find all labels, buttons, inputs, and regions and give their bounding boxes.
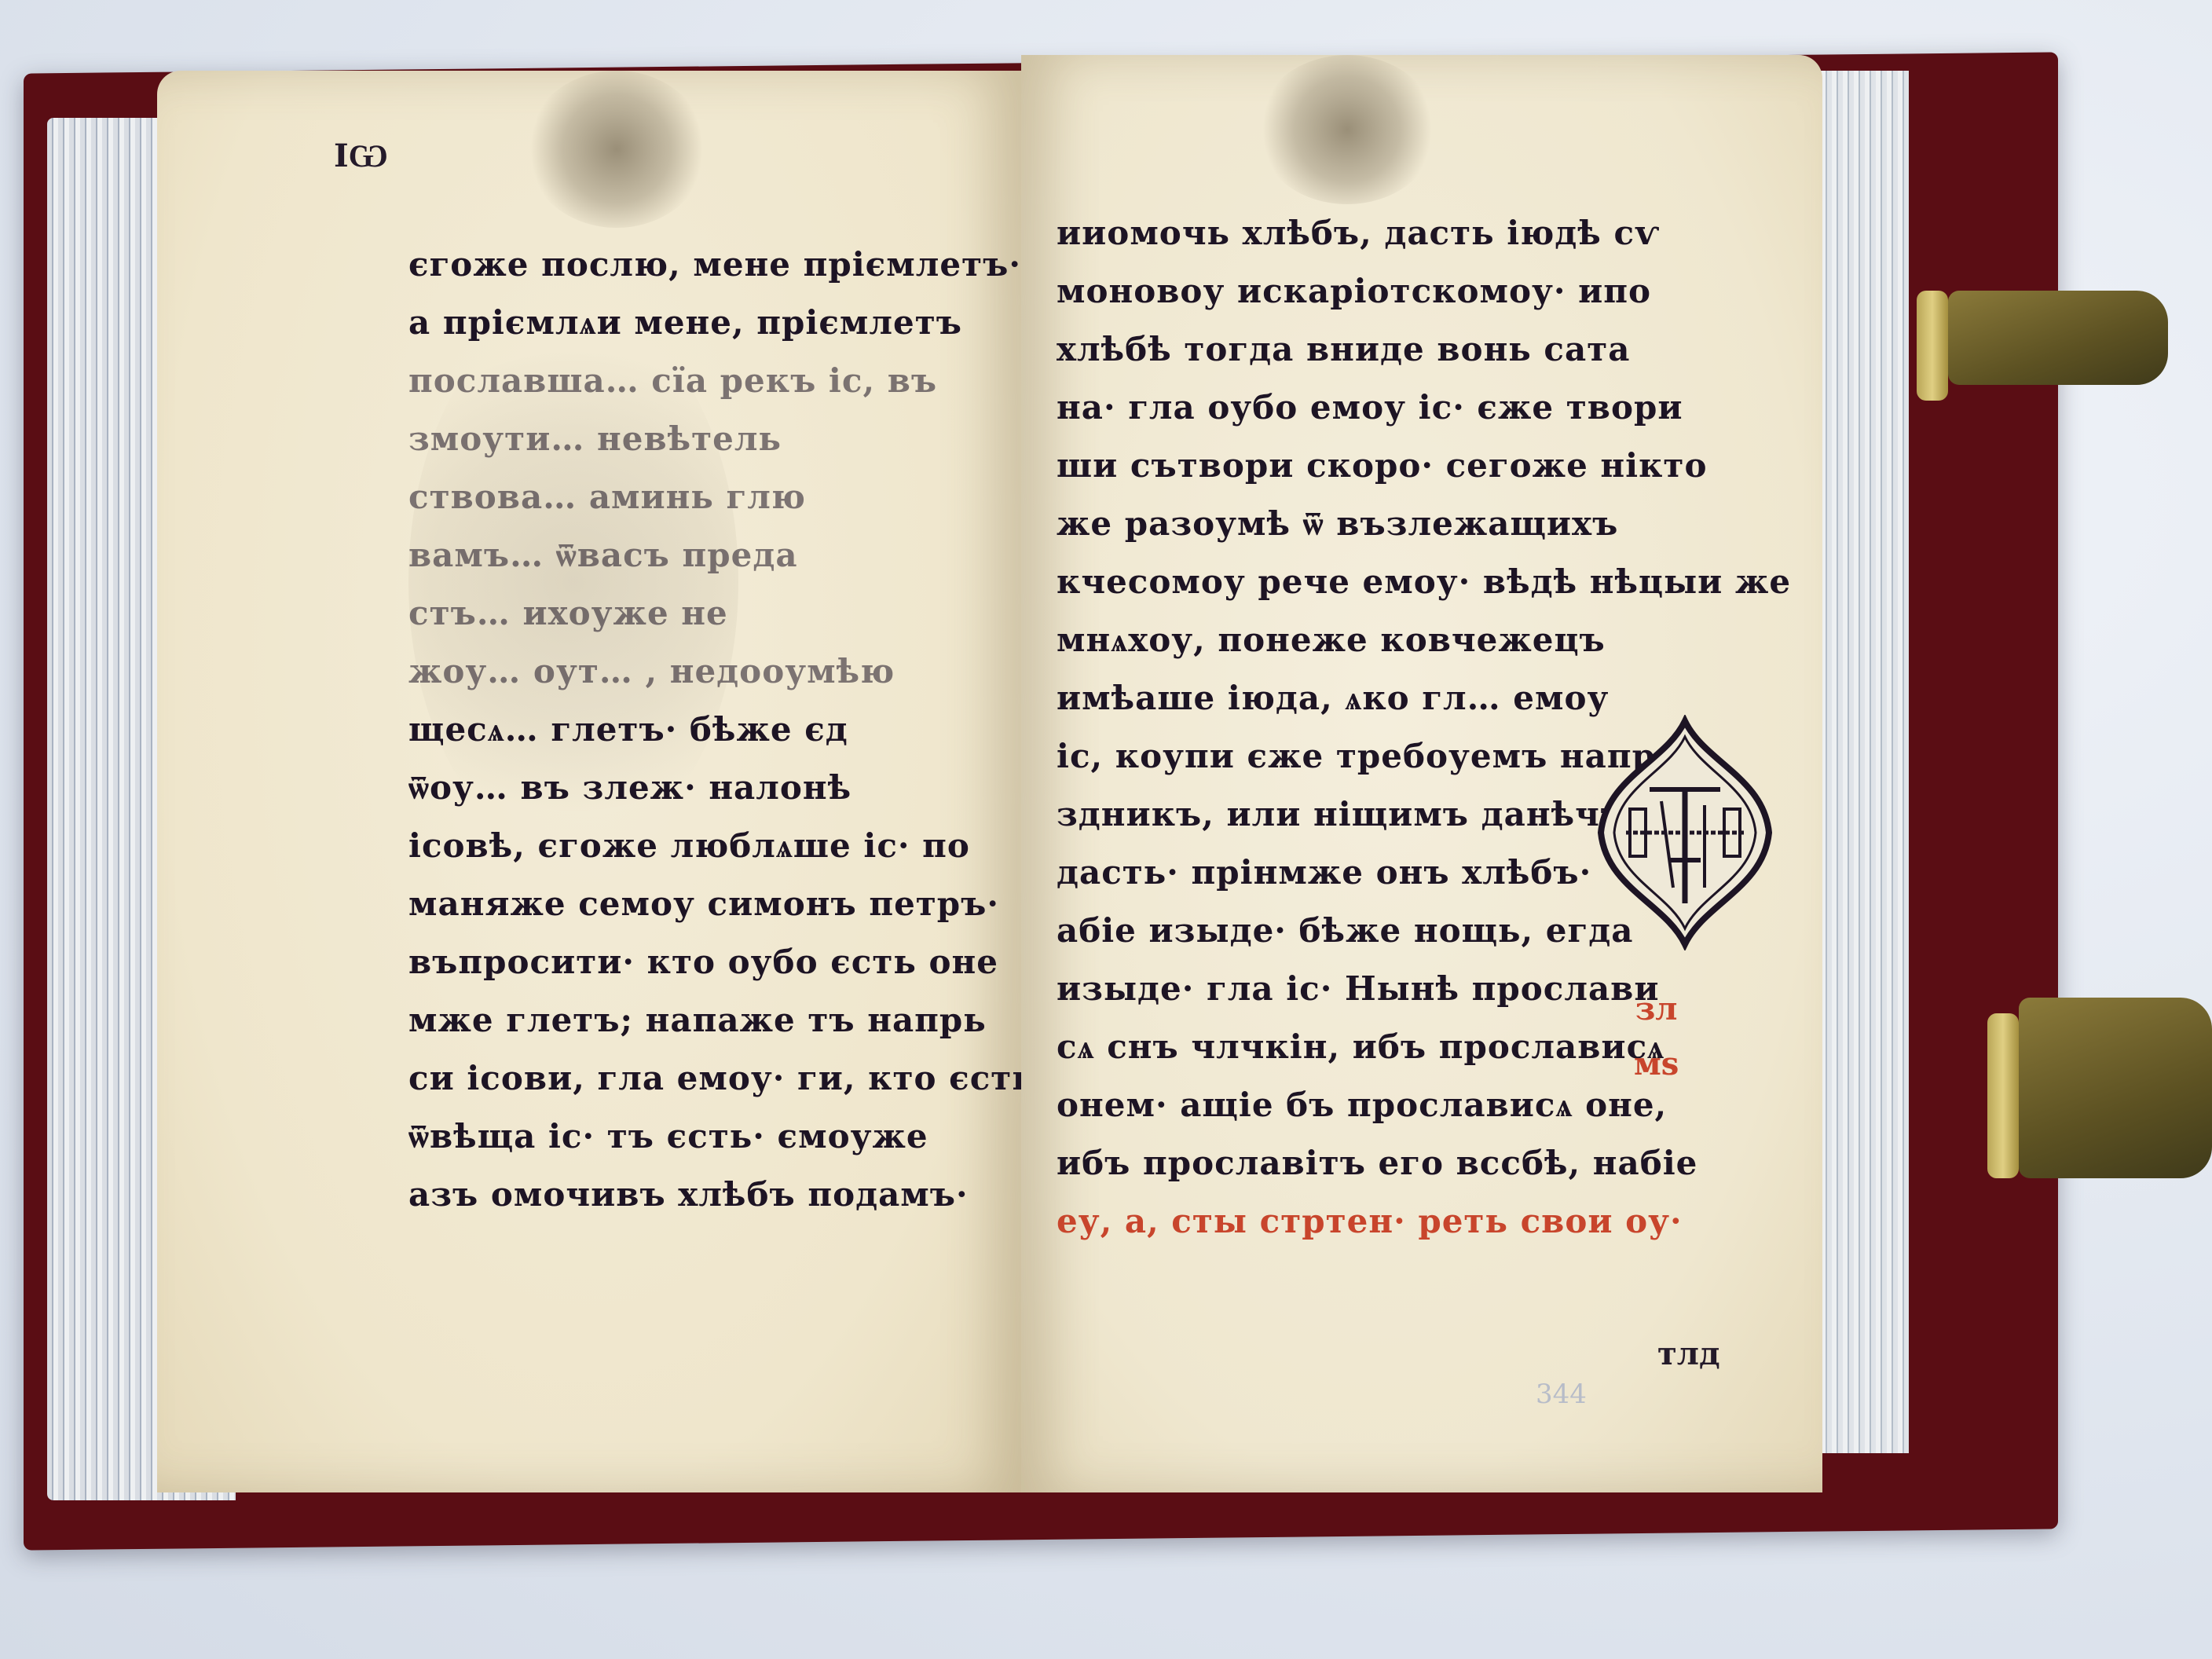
margin-rubric-line: зл bbox=[1634, 982, 1679, 1037]
text-line: мже глетъ; напаже тъ напрь bbox=[408, 991, 1035, 1049]
text-line: єгоже послю, мене пріємлетъ· bbox=[408, 236, 1035, 294]
text-line: щесѧ… глетъ· бѣже єд bbox=[408, 701, 1035, 759]
text-line: маняже семоу симонъ петръ· bbox=[408, 875, 1035, 933]
text-line: а пріємлѧи мене, пріємлетъ bbox=[408, 294, 1035, 352]
water-stain bbox=[526, 71, 707, 228]
text-line: жоу… оут… , недооумѣю bbox=[408, 643, 1035, 701]
text-line: изыде· гла іс· Нынѣ прослави bbox=[1057, 960, 1791, 1018]
text-line: ствова… аминь глю bbox=[408, 468, 1035, 526]
text-line: хлѣбѣ тогда вниде вонь сата bbox=[1057, 320, 1791, 379]
catchword: тлд bbox=[1657, 1335, 1720, 1372]
text-line: ши сътвори скоро· сегоже нікто bbox=[1057, 437, 1791, 495]
clasp-bottom bbox=[2019, 998, 2212, 1178]
text-line: ѿвѣща іс· тъ єсть· ємоуже bbox=[408, 1108, 1035, 1166]
text-line: ибъ прославітъ его вссбѣ, набіе bbox=[1057, 1134, 1791, 1192]
text-line: моновоу искаріотскомоу· ипо bbox=[1057, 262, 1791, 320]
text-line: на· гла оубо емоу іс· єже твори bbox=[1057, 379, 1791, 437]
text-line: кчесомоу рече емоу· вѣдѣ нѣцыи же bbox=[1057, 553, 1791, 611]
text-line: онем· ащіе бъ прослависѧ оне, bbox=[1057, 1076, 1791, 1134]
text-line: вамъ… ѿвасъ преда bbox=[408, 526, 1035, 584]
left-page-text: єгоже послю, мене пріємлетъ· а пріємлѧи … bbox=[408, 236, 1035, 1224]
text-line: сѧ снъ члчкін, ибъ прослависѧ bbox=[1057, 1018, 1791, 1076]
text-line: ѿоу… въ злеж· налонѣ bbox=[408, 759, 1035, 817]
text-line: си ісови, гла емоу· ги, кто єсть bbox=[408, 1049, 1035, 1108]
text-line: азъ омочивъ хлѣбъ подамъ· bbox=[408, 1166, 1035, 1224]
text-line: же разоумѣ ѿ възлежащихъ bbox=[1057, 495, 1791, 553]
folio-number: ІѠ bbox=[334, 137, 388, 174]
clasp-hinge-top bbox=[1917, 291, 1948, 401]
text-line: ииомочь хлѣбъ, дасть іюдѣ сѵ bbox=[1057, 204, 1791, 262]
woodcut-cross-vignette-icon bbox=[1595, 715, 1775, 950]
margin-rubric-line: мѕ bbox=[1634, 1037, 1679, 1092]
rubric-line: еу, а, сты стртен· реть свои оу· bbox=[1057, 1192, 1791, 1251]
text-line: въпросити· кто оубо єсть оне bbox=[408, 933, 1035, 991]
margin-rubric: зл мѕ bbox=[1634, 982, 1679, 1092]
text-line: мнѧхоу, понеже ковчежецъ bbox=[1057, 611, 1791, 669]
text-line: пославша… сїа рекъ іс, въ bbox=[408, 352, 1035, 410]
clasp-top bbox=[1948, 291, 2168, 385]
text-line: ісовѣ, єгоже люблѧше іс· по bbox=[408, 817, 1035, 875]
pencil-page-number: 344 bbox=[1536, 1379, 1587, 1410]
clasp-hinge-bottom bbox=[1987, 1013, 2019, 1178]
text-line: змоути… невѣтель bbox=[408, 410, 1035, 468]
water-stain bbox=[1257, 55, 1437, 204]
text-line: стъ… ихоуже не bbox=[408, 584, 1035, 643]
